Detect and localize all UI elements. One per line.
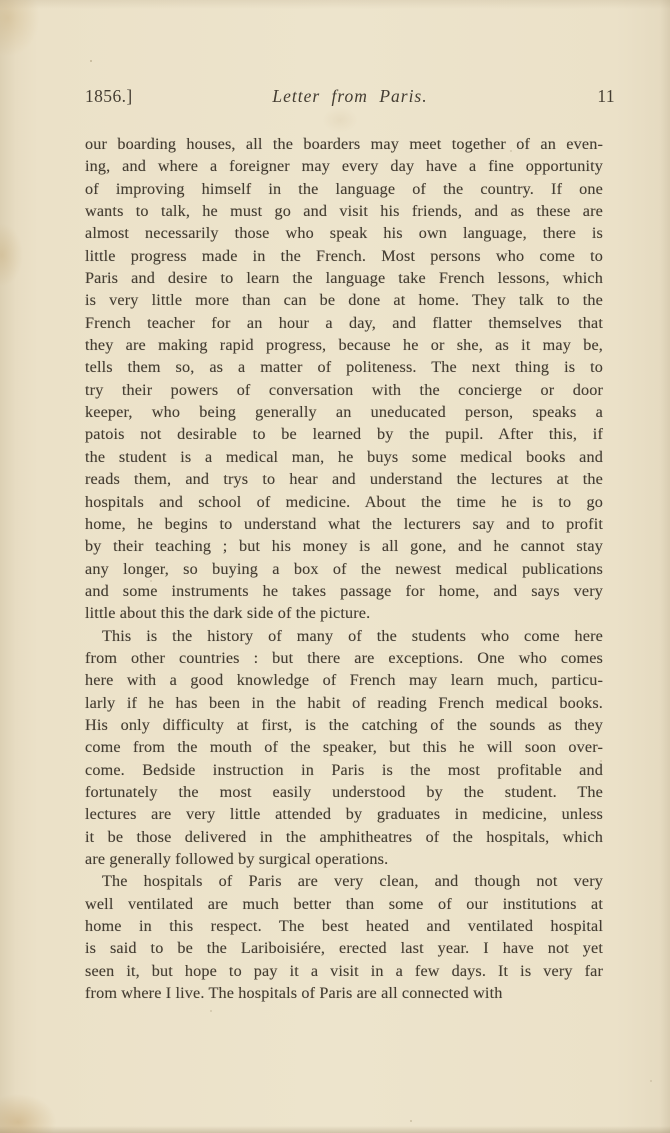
paper-specks [90, 60, 92, 62]
text-line: Paris and desire to learn the language t… [85, 267, 603, 289]
text-line: home in this respect. The best heated an… [85, 915, 603, 937]
paragraph: The hospitals of Paris are very clean, a… [85, 870, 603, 1004]
text-line: tells them so, as a matter of politeness… [85, 356, 603, 378]
text-line: come. Bedside instruction in Paris is th… [85, 759, 603, 781]
text-line: is said to be the Lariboisiére, erected … [85, 937, 603, 959]
text-line: The hospitals of Paris are very clean, a… [85, 870, 603, 892]
paragraph: This is the history of many of the stude… [85, 625, 603, 871]
text-line: almost necessarily those who speak his o… [85, 222, 603, 244]
text-line: by their teaching ; but his money is all… [85, 535, 603, 557]
text-line: of improving himself in the language of … [85, 178, 603, 200]
text-line: hospitals and school of medicine. About … [85, 491, 603, 513]
text-line: little about this the dark side of the p… [85, 602, 603, 624]
text-line: any longer, so buying a box of the newes… [85, 558, 603, 580]
text-line: from other countries : but there are exc… [85, 647, 603, 669]
page-number: 11 [483, 86, 616, 107]
text-line: His only difficulty at first, is the cat… [85, 714, 603, 736]
text-line: This is the history of many of the stude… [85, 625, 603, 647]
text-line: French teacher for an hour a day, and fl… [85, 312, 603, 334]
page-body: our boarding houses, all the boarders ma… [85, 133, 603, 1004]
text-line: patois not desirable to be learned by th… [85, 423, 603, 445]
text-line: from where I live. The hospitals of Pari… [85, 982, 603, 1004]
text-line: come from the mouth of the speaker, but … [85, 736, 603, 758]
text-line: the student is a medical man, he buys so… [85, 446, 603, 468]
scanned-book-page: { "header": { "year": "1856.]", "title":… [0, 0, 670, 1133]
text-line: keeper, who being generally an uneducate… [85, 401, 603, 423]
text-line: it be those delivered in the amphitheatr… [85, 826, 603, 848]
text-line: little progress made in the French. Most… [85, 245, 603, 267]
text-line: are generally followed by surgical opera… [85, 848, 603, 870]
paragraph: our boarding houses, all the boarders ma… [85, 133, 603, 625]
running-header: 1856.] Letter from Paris. 11 [0, 86, 670, 107]
text-line: seen it, but hope to pay it a visit in a… [85, 960, 603, 982]
text-line: lectures are very little attended by gra… [85, 803, 603, 825]
text-line: well ventilated are much better than som… [85, 893, 603, 915]
header-year: 1856.] [85, 86, 218, 107]
text-line: ing, and where a foreigner may every day… [85, 155, 603, 177]
text-line: here with a good knowledge of French may… [85, 669, 603, 691]
text-line: try their powers of conversation with th… [85, 379, 603, 401]
text-line: larly if he has been in the habit of rea… [85, 692, 603, 714]
text-line: wants to talk, he must go and visit his … [85, 200, 603, 222]
text-line: our boarding houses, all the boarders ma… [85, 133, 603, 155]
text-line: they are making rapid progress, because … [85, 334, 603, 356]
text-line: is very little more than can be done at … [85, 289, 603, 311]
text-line: fortunately the most easily understood b… [85, 781, 603, 803]
text-line: and some instruments he takes passage fo… [85, 580, 603, 602]
running-title: Letter from Paris. [218, 86, 483, 107]
text-line: home, he begins to understand what the l… [85, 513, 603, 535]
text-line: reads them, and trys to hear and underst… [85, 468, 603, 490]
